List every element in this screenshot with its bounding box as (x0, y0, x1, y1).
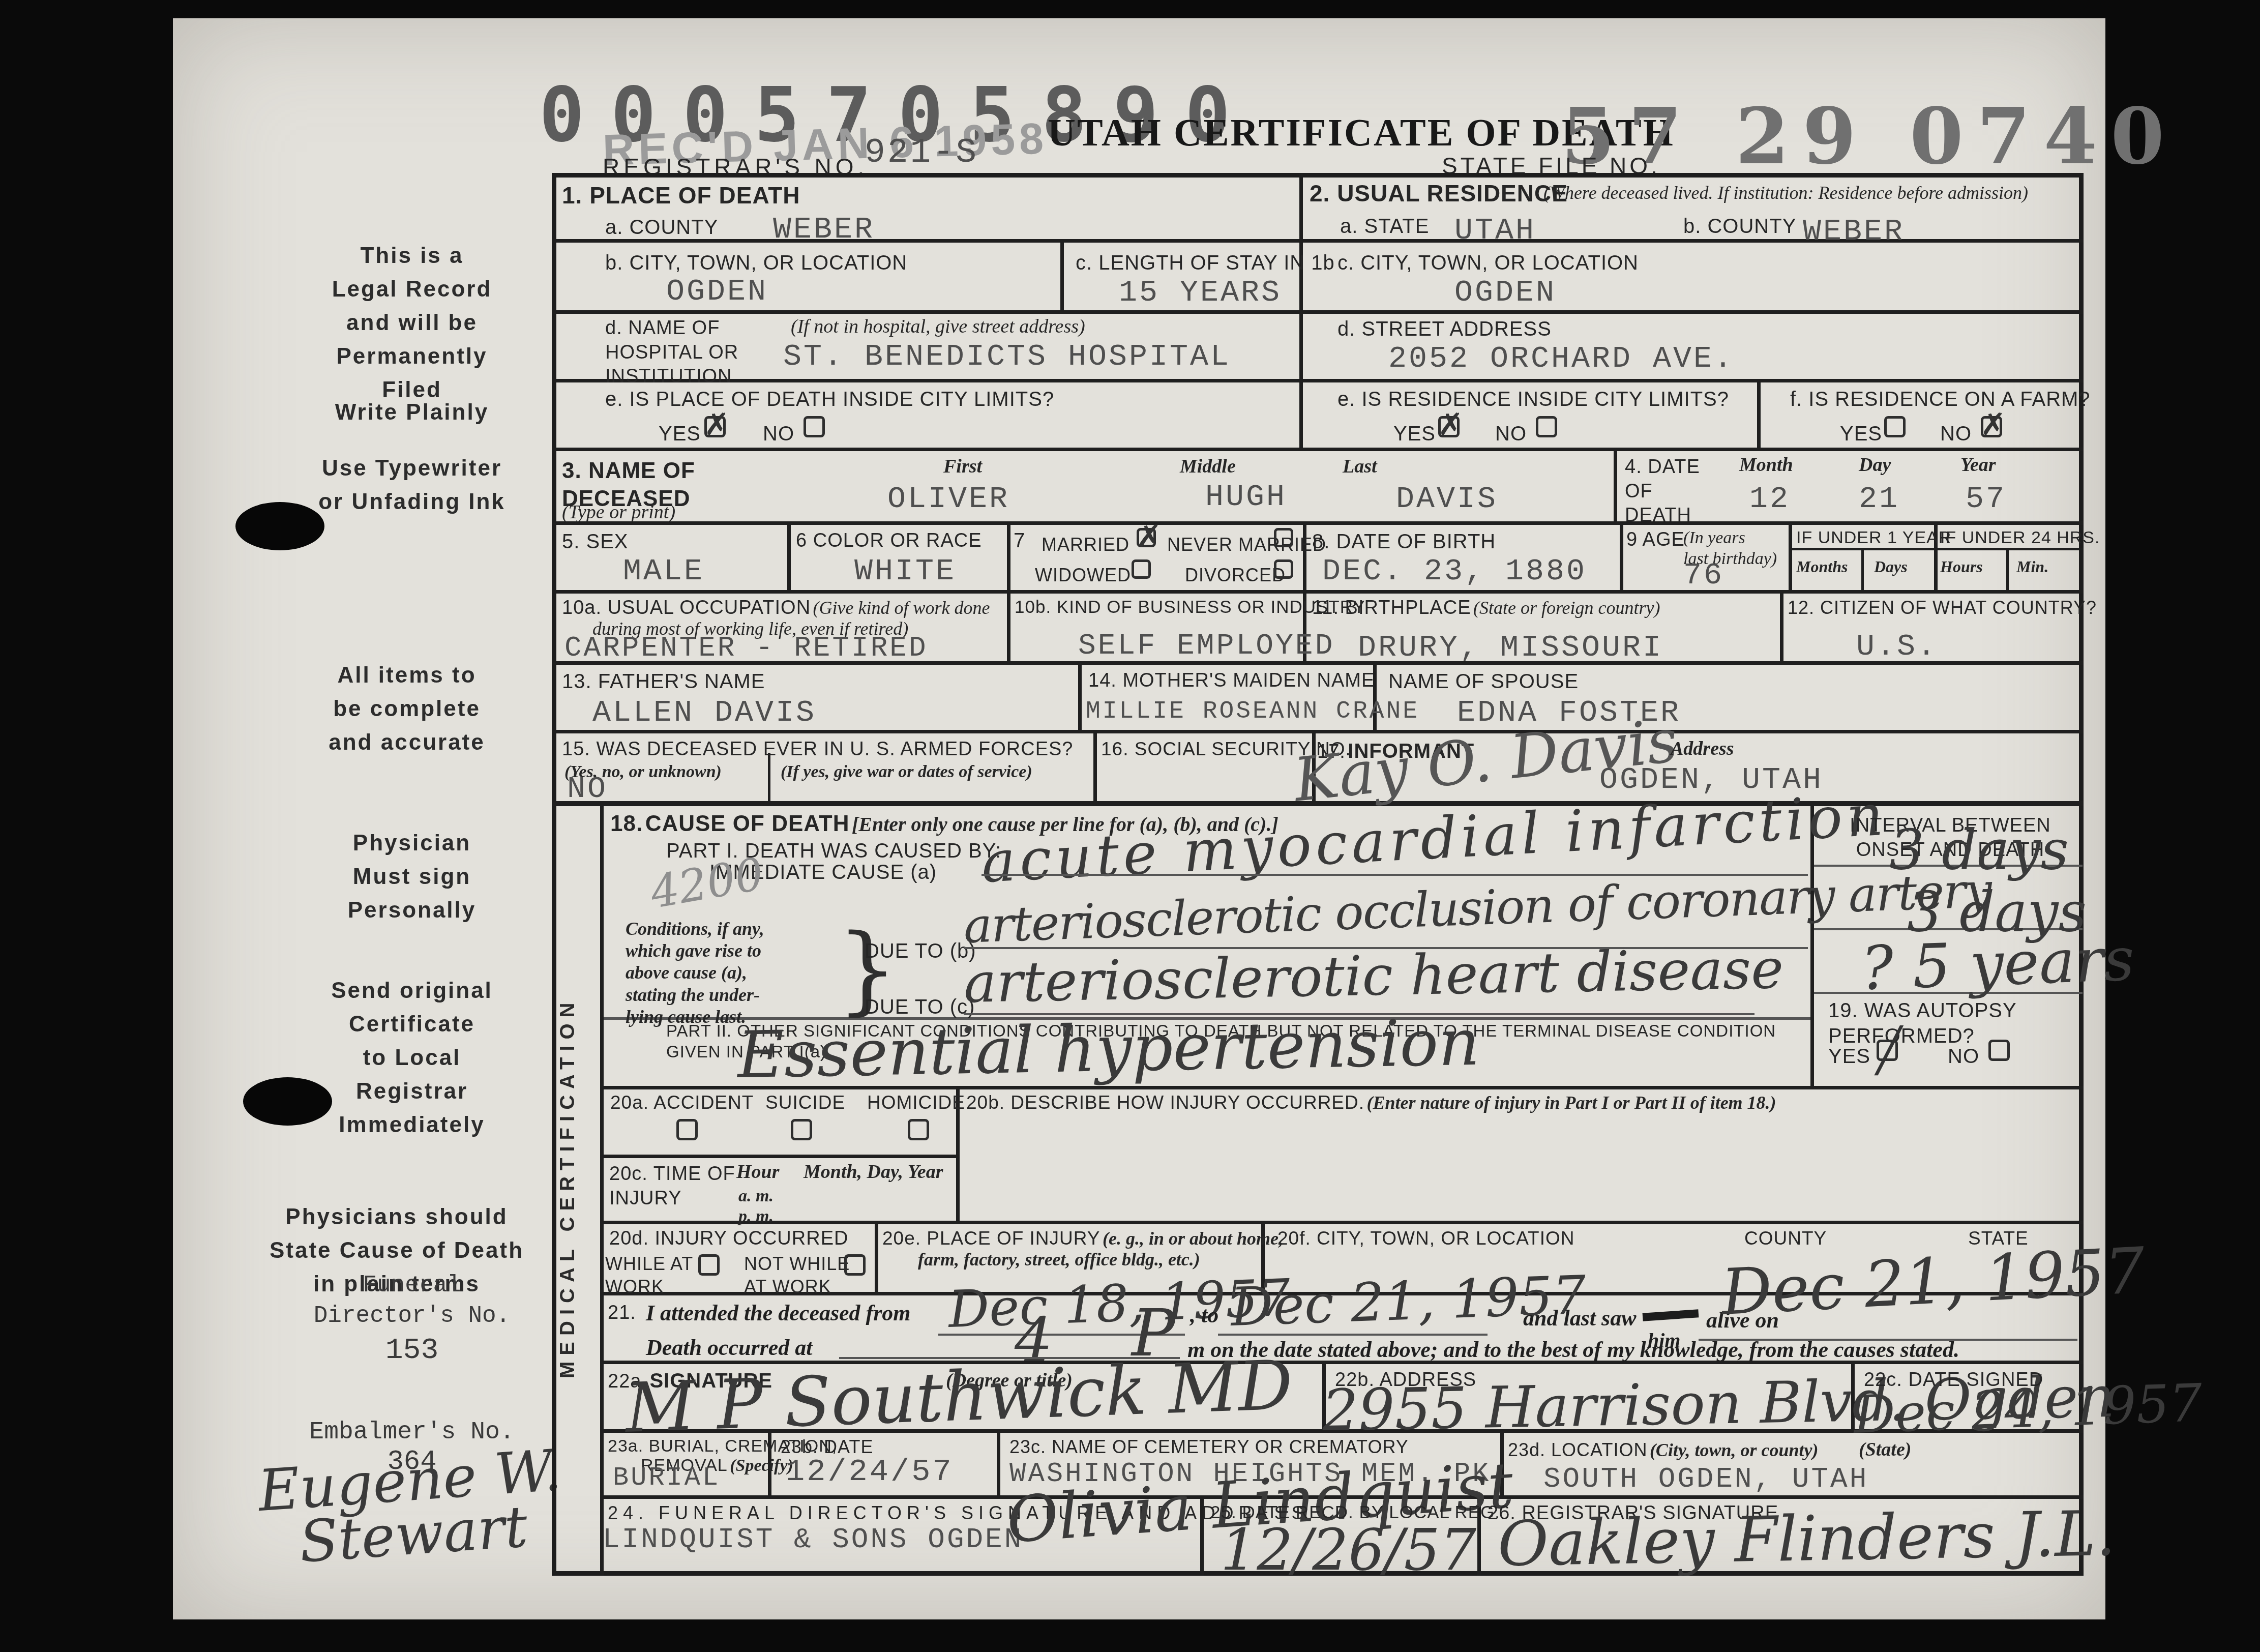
first-name-value: OLIVER (887, 482, 1009, 517)
informant-address-label: Address (1671, 737, 1734, 761)
usual-occupation-value: CARPENTER - RETIRED (564, 632, 928, 664)
grid-line (875, 1221, 878, 1292)
writing-line (1218, 1334, 1488, 1336)
month-day-year-label: Month, Day, Year (804, 1161, 943, 1184)
never-married-checkbox (1274, 528, 1293, 547)
not-while-at-work-checkbox (844, 1254, 866, 1276)
usual-occupation-label-row: 10a. USUAL OCCUPATION (Give kind of work… (562, 596, 990, 621)
grid-line (1299, 173, 1303, 448)
place-of-injury-hint2: farm, factory, street, office bldg., etc… (918, 1249, 1200, 1271)
business-industry-value: SELF EMPLOYED (1078, 630, 1334, 663)
grid-line (787, 521, 791, 590)
hour-label: Hour (736, 1161, 779, 1184)
death-occurred-text: Death occurred at (646, 1335, 813, 1361)
burial-state-hint: (State) (1859, 1438, 1911, 1462)
date-received-value: 12/26/57 (1221, 1522, 1476, 1579)
birthplace-value: DRURY, MISSOURI (1358, 631, 1663, 665)
res-yes-checkbox: ✗ (1438, 416, 1460, 437)
registrar-signature: Oakley Flinders J.L. (1497, 1502, 2116, 1575)
death-month-value: 12 (1749, 482, 1790, 517)
burial-location-value: SOUTH OGDEN, UTAH (1543, 1463, 1868, 1495)
res-yes-mark: ✗ (1438, 409, 1463, 440)
date-of-birth-value: DEC. 23, 1880 (1322, 554, 1587, 589)
birthplace-label: 11. BIRTHPLACE (1312, 597, 1471, 618)
grid-line (1789, 521, 1792, 590)
grid-line (600, 1155, 960, 1158)
death-day-value: 21 (1859, 482, 1899, 517)
homicide-label: HOMICIDE (867, 1091, 965, 1114)
pod-yes-checkbox: ✗ (704, 416, 726, 437)
fathers-name-label: 13. FATHER'S NAME (562, 669, 765, 694)
injury-occurred-label: 20d. INJURY OCCURRED (609, 1227, 849, 1251)
registrars-no-value: 921-S (865, 133, 978, 172)
autopsy-no-label: NO (1948, 1044, 1979, 1069)
attended-text-1: I attended the deceased from (646, 1300, 911, 1326)
mothers-maiden-name-value: MILLIE ROSEANN CRANE (1086, 698, 1419, 725)
residence-city-value: OGDEN (1454, 276, 1556, 310)
due-to-b-label: DUE TO (b) (865, 938, 976, 964)
injury-city-label: 20f. CITY, TOWN, OR LOCATION (1277, 1227, 1574, 1250)
hours-label: Hours (1940, 557, 1983, 576)
length-of-stay-value: 15 YEARS (1119, 276, 1282, 310)
age-label: 9 AGE (1626, 528, 1685, 552)
age-value: 76 (1683, 558, 1724, 593)
pod-yes-mark: ✗ (704, 409, 729, 440)
street-address-value: 2052 ORCHARD AVE. (1388, 342, 1734, 376)
residence-county-value: WEBER (1803, 215, 1905, 249)
burial-date-value: 12/24/57 (786, 1454, 954, 1490)
hospital-hint: (If not in hospital, give street address… (791, 315, 1085, 339)
month-label: Month (1739, 454, 1793, 477)
married-mark: ✗ (1136, 521, 1162, 552)
widowed-label: WIDOWED (1035, 564, 1131, 586)
margin-note-physician-sign: Physician Must sign Personally (285, 827, 539, 927)
injury-county-label: COUNTY (1744, 1227, 1827, 1250)
farm-yes-checkbox (1884, 416, 1906, 437)
grid-line (997, 1429, 1000, 1495)
res-no-label: NO (1495, 421, 1527, 447)
residence-county-label: b. COUNTY (1683, 214, 1796, 239)
birthplace-hint: (State or foreign country) (1473, 598, 1660, 618)
last-name-value: DAVIS (1396, 482, 1498, 517)
pod-no-checkbox (804, 416, 825, 437)
accident-checkbox (676, 1119, 698, 1140)
citizen-label: 12. CITIZEN OF WHAT COUNTRY? (1788, 596, 2097, 619)
min-label: Min. (2016, 557, 2048, 576)
county-value: WEBER (773, 213, 875, 247)
divorced-label: DIVORCED (1185, 564, 1286, 586)
farm-no-checkbox: ✗ (1981, 416, 2002, 437)
autopsy-yes-label: YES (1828, 1044, 1870, 1069)
describe-injury-row: 20b. DESCRIBE HOW INJURY OCCURRED. (Ente… (966, 1091, 1776, 1114)
type-or-print-hint: (Type or print) (562, 501, 675, 524)
grid-line (1780, 590, 1783, 661)
first-name-label: First (943, 455, 982, 479)
res-city-limits-label: e. IS RESIDENCE INSIDE CITY LIMITS? (1337, 387, 1729, 412)
pm-label: p. m. (738, 1206, 774, 1227)
attended-number: 21. (608, 1301, 636, 1325)
grid-line (1757, 379, 1761, 448)
burial-location-label-row: 23d. LOCATION (City, town, or county) (1508, 1438, 1819, 1461)
divorced-checkbox (1274, 559, 1293, 579)
grid-line (2006, 548, 2009, 590)
burial-location-hint: (City, town, or county) (1650, 1440, 1819, 1460)
describe-injury-label: 20b. DESCRIBE HOW INJURY OCCURRED. (966, 1092, 1364, 1113)
grid-line (552, 590, 2084, 594)
usual-residence-hint: (Where deceased lived. If institution: R… (1543, 182, 2028, 204)
scanned-death-certificate: { "header": { "stamp_digits": "000570589… (0, 0, 2260, 1652)
attended-text-2: , to (1190, 1302, 1218, 1328)
due-to-c-value: arteriosclerotic heart disease (963, 942, 1784, 1011)
grid-line (600, 1221, 2084, 1224)
part2-value: Essential hypertension (737, 1011, 1480, 1087)
cause-of-death-label: CAUSE OF DEATH (645, 811, 850, 836)
usual-occupation-hint1: (Give kind of work done (813, 598, 990, 618)
residence-city-label: c. CITY, TOWN, OR LOCATION (1337, 250, 1639, 276)
death-occurred-text-2: m on the date stated above; and to the b… (1187, 1337, 1959, 1363)
funeral-directors-no-value: 153 (285, 1332, 539, 1370)
grid-line (552, 521, 2084, 525)
place-of-injury-row: 20e. PLACE OF INJURY (e. g., in or about… (882, 1227, 1283, 1250)
grid-line (1620, 521, 1623, 590)
not-while-at-work-label: NOT WHILE AT WORK (744, 1252, 850, 1298)
margin-note-typewriter: Use Typewriter or Unfading Ink (264, 452, 559, 519)
accident-label: 20a. ACCIDENT (610, 1091, 754, 1114)
mothers-maiden-name-label: 14. MOTHER'S MAIDEN NAME (1088, 669, 1375, 693)
margin-note-complete: All items to be complete and accurate (275, 659, 539, 759)
middle-name-label: Middle (1180, 455, 1236, 479)
farm-yes-label: YES (1840, 421, 1882, 447)
year-label: Year (1960, 454, 1996, 477)
grid-line (1007, 521, 1010, 661)
widowed-checkbox (1132, 559, 1151, 579)
if-under-24-hrs-label: IF UNDER 24 HRS. (1940, 527, 2100, 549)
name-of-spouse-label: NAME OF SPOUSE (1388, 669, 1579, 694)
autopsy-no-checkbox (1988, 1040, 2010, 1061)
place-of-injury-hint1: (e. g., in or about home, (1103, 1228, 1283, 1249)
farm-label: f. IS RESIDENCE ON A FARM? (1790, 387, 2091, 412)
burial-value: BURIAL (613, 1463, 720, 1493)
interval-a-value: 3 days (1889, 823, 2069, 878)
cemetery-label: 23c. NAME OF CEMETERY OR CREMATORY (1009, 1435, 1409, 1458)
married-checkbox: ✗ (1137, 528, 1156, 547)
pod-city-limits-label: e. IS PLACE OF DEATH INSIDE CITY LIMITS? (605, 387, 1054, 412)
hospital-label: d. NAME OF HOSPITAL OR INSTITUTION (605, 316, 738, 389)
embalmer-signature: Eugene W. Stewart (251, 1443, 573, 1573)
residence-state-label: a. STATE (1340, 214, 1429, 239)
armed-forces-hint2: (If yes, give war or dates of service) (781, 762, 1032, 783)
residence-state-value: UTAH (1454, 214, 1536, 248)
citizen-value: U.S. (1856, 630, 1938, 664)
color-race-label: 6 COLOR OR RACE (796, 529, 982, 553)
place-of-death-title: 1. PLACE OF DEATH (562, 181, 800, 211)
burial-location-label: 23d. LOCATION (1508, 1439, 1647, 1460)
margin-note-send-original: Send original Certificate to Local Regis… (285, 974, 539, 1142)
while-at-work-checkbox (698, 1254, 720, 1276)
date-of-death-label: 4. DATE OF DEATH (1625, 455, 1700, 528)
grid-line (552, 379, 2084, 382)
county-label: a. COUNTY (605, 215, 718, 240)
never-married-label: NEVER MARRIED (1167, 533, 1326, 556)
farm-no-label: NO (1940, 421, 1972, 447)
usual-occupation-label: 10a. USUAL OCCUPATION (562, 597, 811, 618)
farm-no-mark: ✗ (1980, 409, 2006, 440)
length-of-stay-label: c. LENGTH OF STAY IN 1b (1076, 250, 1335, 276)
suicide-label: SUICIDE (765, 1091, 845, 1114)
funeral-director-typed: LINDQUIST & SONS OGDEN (603, 1523, 1023, 1556)
day-label: Day (1859, 454, 1891, 477)
grid-line (1614, 448, 1617, 521)
grid-line (552, 310, 2084, 314)
armed-forces-value: NO (567, 772, 608, 807)
armed-forces-label: 15. WAS DECEASED EVER IN U. S. ARMED FOR… (562, 737, 1074, 762)
sex-label: 5. SEX (562, 529, 629, 554)
grid-line (552, 448, 2084, 451)
hospital-value: ST. BENEDICTS HOSPITAL (783, 340, 1231, 374)
margin-note-write-plainly: Write Plainly (275, 396, 549, 429)
days-label: Days (1874, 557, 1908, 576)
date-signed-value: Dec 24, 1957 (1853, 1377, 2203, 1441)
grid-line (1060, 242, 1064, 310)
attended-text-3: and last saw (1523, 1305, 1637, 1331)
autopsy-yes-mark: ╱ (1876, 1029, 1902, 1072)
conditions-hint: Conditions, if any, which gave rise to a… (626, 918, 764, 1028)
city-town-label: b. CITY, TOWN, OR LOCATION (605, 250, 907, 276)
pod-no-label: NO (763, 421, 794, 447)
autopsy-label: 19. WAS AUTOPSY PERFORMED? (1828, 998, 2072, 1049)
grid-line (1078, 661, 1082, 730)
street-address-label: d. STREET ADDRESS (1337, 316, 1552, 342)
pod-yes-label: YES (659, 421, 701, 447)
margin-note-legal-record: This is a Legal Record and will be Perma… (285, 239, 539, 407)
funeral-directors-no-label: Funeral Director's No. (285, 1271, 539, 1332)
date-of-birth-label: 8. DATE OF BIRTH (1312, 529, 1496, 554)
last-name-label: Last (1343, 455, 1377, 479)
describe-injury-hint: (Enter nature of injury in Part I or Par… (1367, 1093, 1776, 1113)
marital-item-number: 7 (1014, 528, 1025, 553)
while-at-work-label: WHILE AT WORK (605, 1252, 693, 1298)
interval-c-value: ? 5 years (1860, 929, 2135, 998)
am-label: a. m. (738, 1186, 774, 1207)
death-year-value: 57 (1966, 482, 2006, 517)
place-of-injury-label: 20e. PLACE OF INJURY (882, 1228, 1101, 1249)
if-under-1-year-label: IF UNDER 1 YEAR (1796, 527, 1951, 549)
married-label: MARRIED (1042, 533, 1129, 556)
color-race-value: WHITE (854, 554, 956, 589)
grid-line (552, 730, 2084, 733)
grid-line (1093, 730, 1097, 801)
cause-of-death-number: 18. (610, 811, 643, 836)
autopsy-yes-checkbox: ╱ (1877, 1040, 1898, 1061)
homicide-checkbox (908, 1119, 929, 1140)
res-no-checkbox (1536, 416, 1557, 437)
sex-value: MALE (623, 554, 704, 589)
time-of-injury-label: 20c. TIME OF INJURY (609, 1162, 735, 1211)
fathers-name-value: ALLEN DAVIS (592, 696, 816, 730)
specify-hint: (Specify) (730, 1456, 793, 1475)
grid-line (600, 801, 604, 1576)
suicide-checkbox (791, 1119, 812, 1140)
grid-line (1861, 548, 1864, 590)
birthplace-label-row: 11. BIRTHPLACE (State or foreign country… (1312, 596, 1660, 621)
usual-residence-title: 2. USUAL RESIDENCE (1310, 179, 1568, 209)
middle-name-value: HUGH (1205, 480, 1287, 515)
months-label: Months (1796, 557, 1848, 576)
city-town-value: OGDEN (666, 275, 768, 309)
res-yes-label: YES (1393, 421, 1436, 447)
